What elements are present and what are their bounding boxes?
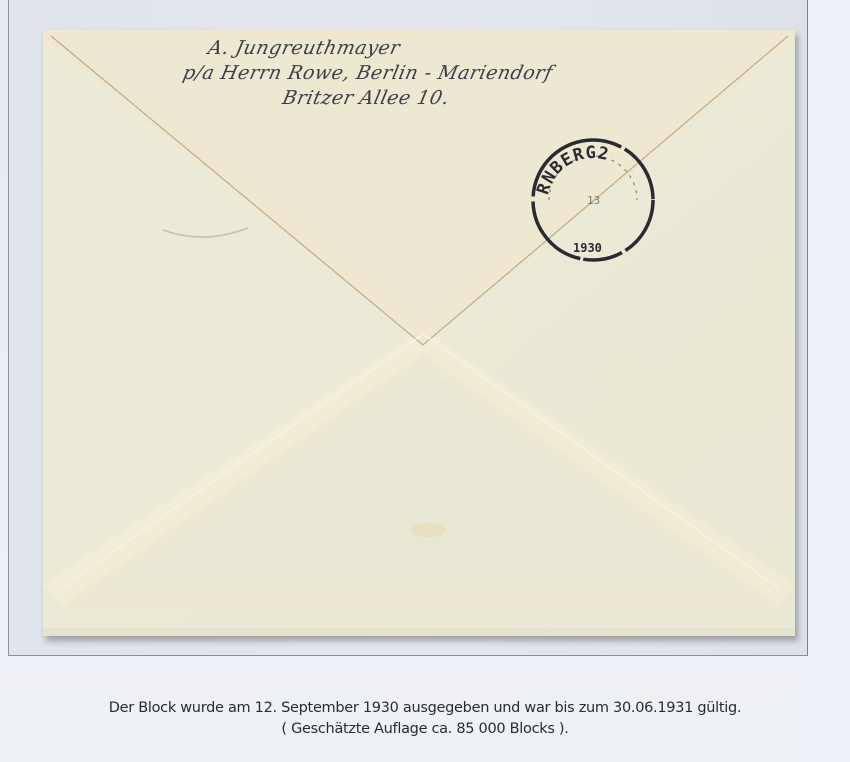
svg-text:13: 13 bbox=[587, 194, 600, 207]
handwritten-address: A. Jungreuthmayer p/a Herrn Rowe, Berlin… bbox=[175, 36, 691, 111]
address-line-care-of: p/a Herrn Rowe, Berlin - Mariendorf bbox=[180, 61, 685, 86]
address-line-street: Britzer Allee 10. bbox=[175, 86, 680, 111]
envelope-flaps bbox=[43, 30, 795, 636]
album-caption: Der Block wurde am 12. September 1930 au… bbox=[0, 698, 850, 740]
address-line-name: A. Jungreuthmayer bbox=[186, 36, 691, 61]
postmark-ring-icon: RNBERG2 13 1930 bbox=[527, 134, 659, 266]
caption-line-issue-info: Der Block wurde am 12. September 1930 au… bbox=[0, 698, 850, 719]
postmark-cancel: RNBERG2 13 1930 bbox=[527, 134, 659, 266]
page-margin-right bbox=[805, 0, 850, 762]
caption-line-print-run: ( Geschätzte Auflage ca. 85 000 Blocks )… bbox=[0, 719, 850, 740]
svg-text:RNBERG2: RNBERG2 bbox=[533, 143, 611, 197]
svg-text:1930: 1930 bbox=[573, 241, 602, 255]
envelope-back: A. Jungreuthmayer p/a Herrn Rowe, Berlin… bbox=[43, 30, 795, 636]
